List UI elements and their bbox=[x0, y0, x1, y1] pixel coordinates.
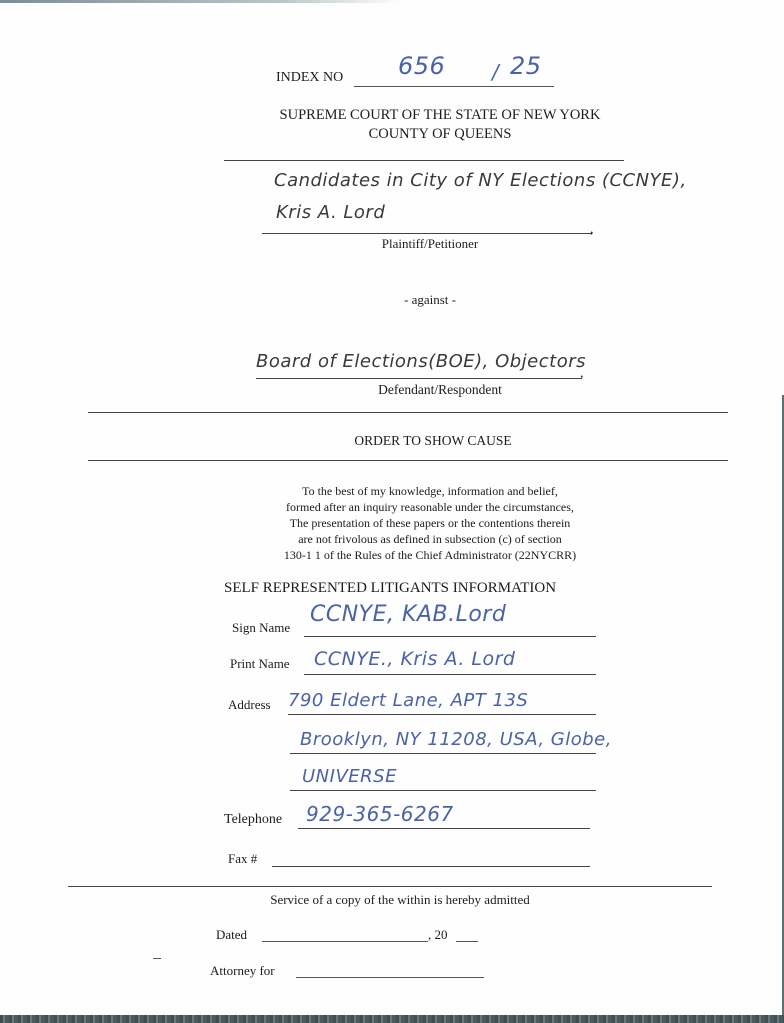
index-no-separator: / bbox=[492, 60, 499, 84]
sign-name-underline bbox=[304, 636, 596, 637]
against-label: - against - bbox=[330, 292, 530, 308]
address-line-2-underline bbox=[290, 753, 596, 754]
fax-underline bbox=[272, 866, 590, 867]
defendant-underline bbox=[256, 378, 582, 379]
plaintiff-underline bbox=[262, 233, 592, 234]
sign-name-value[interactable]: CCNYE, KAB.Lord bbox=[310, 602, 506, 627]
attorney-for-underline bbox=[296, 977, 484, 978]
print-name-label: Print Name bbox=[230, 656, 290, 672]
plaintiff-name-line1[interactable]: Candidates in City of NY Elections (CCNY… bbox=[274, 170, 687, 191]
address-label: Address bbox=[228, 697, 271, 713]
stray-mark bbox=[153, 958, 161, 959]
title-divider-bottom bbox=[88, 460, 728, 461]
telephone-label: Telephone bbox=[224, 812, 282, 828]
dated-underline bbox=[262, 941, 428, 942]
index-no-number[interactable]: 656 bbox=[398, 52, 445, 80]
address-line-1-underline bbox=[288, 714, 596, 715]
plaintiff-caption: Plaintiff/Petitioner bbox=[320, 236, 540, 252]
certification-line-3: The presentation of these papers or the … bbox=[220, 516, 640, 531]
attorney-for-label: Attorney for bbox=[210, 963, 275, 979]
litigant-info-heading: SELF REPRESENTED LITIGANTS INFORMATION bbox=[224, 580, 556, 597]
service-statement: Service of a copy of the within is hereb… bbox=[200, 892, 600, 908]
scanned-document-page: INDEX NO 656 / 25 SUPREME COURT OF THE S… bbox=[0, 0, 784, 1023]
scan-edge-bottom bbox=[0, 1015, 784, 1023]
dated-year-prefix: , 20 bbox=[428, 927, 448, 943]
address-line-3[interactable]: UNIVERSE bbox=[302, 766, 397, 787]
plaintiff-name-line2[interactable]: Kris A. Lord bbox=[276, 202, 385, 223]
caption-divider-top bbox=[224, 160, 624, 161]
service-divider bbox=[68, 886, 712, 887]
sign-name-label: Sign Name bbox=[232, 620, 290, 636]
title-divider-top bbox=[88, 412, 728, 413]
address-line-2[interactable]: Brooklyn, NY 11208, USA, Globe, bbox=[300, 729, 612, 750]
dated-year-underline bbox=[456, 941, 478, 942]
dated-label: Dated bbox=[216, 927, 247, 943]
court-name: SUPREME COURT OF THE STATE OF NEW YORK bbox=[220, 107, 660, 124]
print-name-value[interactable]: CCNYE., Kris A. Lord bbox=[314, 648, 515, 670]
certification-line-2: formed after an inquiry reasonable under… bbox=[220, 500, 640, 515]
address-line-1[interactable]: 790 Eldert Lane, APT 13S bbox=[288, 690, 528, 711]
index-no-underline bbox=[354, 86, 554, 87]
defendant-name[interactable]: Board of Elections(BOE), Objectors bbox=[256, 351, 586, 372]
index-no-label: INDEX NO bbox=[276, 70, 343, 86]
address-line-3-underline bbox=[290, 790, 596, 791]
certification-line-5: 130-1 1 of the Rules of the Chief Admini… bbox=[220, 548, 640, 563]
court-county: COUNTY OF QUEENS bbox=[220, 126, 660, 143]
telephone-value[interactable]: 929-365-6267 bbox=[306, 802, 454, 826]
certification-line-1: To the best of my knowledge, information… bbox=[220, 484, 640, 499]
print-name-underline bbox=[304, 674, 596, 675]
scan-edge-top bbox=[0, 0, 400, 3]
fax-label: Fax # bbox=[228, 851, 257, 867]
certification-line-4: are not frivolous as defined in subsecti… bbox=[220, 532, 640, 547]
defendant-caption: Defendant/Respondent bbox=[330, 382, 550, 398]
document-title: ORDER TO SHOW CAUSE bbox=[300, 433, 566, 449]
plaintiff-trailing-comma: , bbox=[590, 222, 594, 238]
defendant-trailing-comma: , bbox=[580, 366, 584, 382]
telephone-underline bbox=[298, 828, 590, 829]
index-no-year[interactable]: 25 bbox=[510, 52, 542, 80]
